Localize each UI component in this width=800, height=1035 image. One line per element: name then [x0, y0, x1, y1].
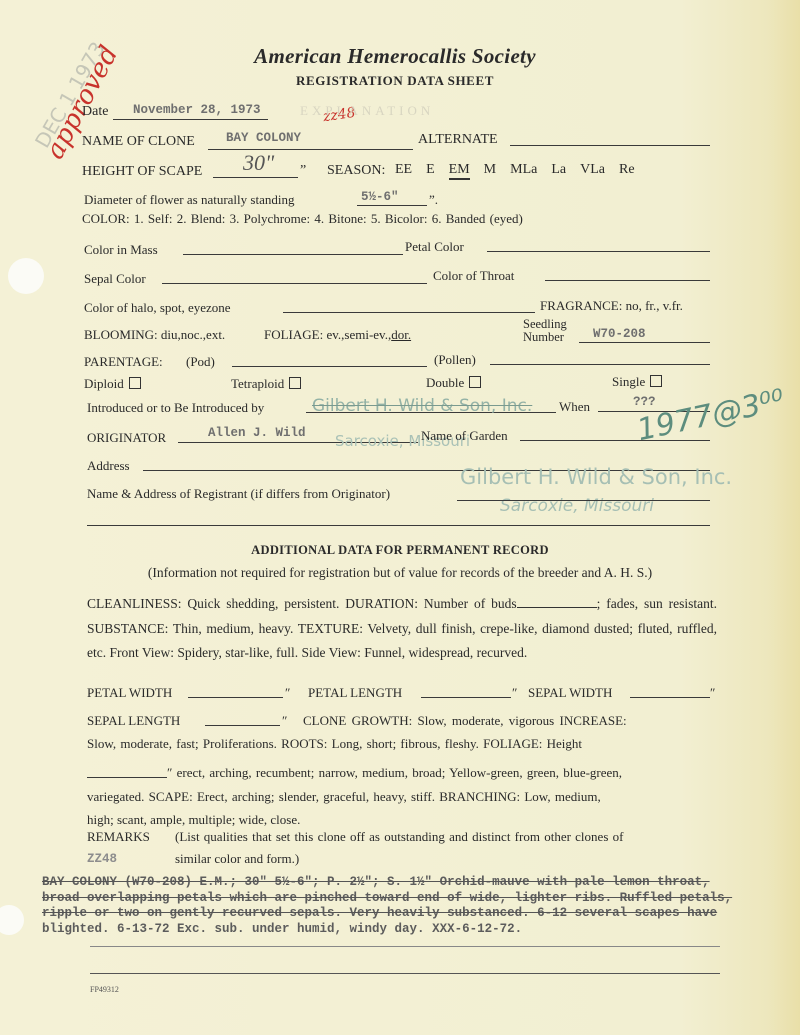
petal-color-field[interactable]	[487, 251, 710, 252]
originator-value[interactable]: Allen J. Wild	[208, 426, 306, 440]
tetraploid-checkbox[interactable]	[289, 377, 301, 389]
garden-name-label: Name of Garden	[421, 428, 508, 444]
when-label: When	[559, 399, 590, 415]
sepal-width-field[interactable]	[630, 697, 710, 698]
year-price-annotation: 1977@3⁰⁰	[634, 383, 788, 448]
color-in-mass-field[interactable]	[183, 254, 403, 255]
petal-length-label: PETAL LENGTH	[308, 685, 402, 701]
registrant-stamp-name: Gilbert H. Wild & Son, Inc.	[460, 465, 732, 489]
diameter-label: Diameter of flower as naturally standing	[84, 192, 294, 208]
sheet-subtitle: REGISTRATION DATA SHEET	[0, 73, 790, 89]
season-option-ee[interactable]: EE	[395, 162, 412, 180]
foliage-height-field[interactable]	[87, 777, 167, 778]
cleanliness-text: CLEANLINESS: Quick shedding, persistent.…	[87, 596, 517, 611]
throat-color-field[interactable]	[545, 280, 710, 281]
season-option-re[interactable]: Re	[619, 162, 635, 180]
color-options: COLOR: 1. Self: 2. Blend: 3. Polychrome:…	[82, 211, 523, 227]
single-checkbox[interactable]	[650, 375, 662, 387]
fragrance-options: FRAGRANCE: no, fr., v.fr.	[540, 298, 683, 314]
tetraploid-label: Tetraploid	[231, 376, 284, 391]
clone-name-label: NAME OF CLONE	[82, 134, 195, 150]
garden-name-field[interactable]	[520, 440, 710, 441]
remarks-code: ZZ48	[87, 852, 117, 866]
society-title: American Hemerocallis Society	[0, 44, 790, 69]
inch-mark: ″	[285, 685, 290, 701]
petal-width-field[interactable]	[188, 697, 283, 698]
pollen-label: (Pollen)	[434, 352, 476, 368]
seedling-number-value[interactable]: W70-208	[593, 327, 646, 341]
single-option[interactable]: Single	[612, 374, 662, 390]
remarks-line: broad overlapping petals which are pinch…	[42, 891, 732, 907]
increase-roots-text: Slow, moderate, fast; Proliferations. RO…	[87, 736, 582, 752]
branching-text: high; scant, ample, multiple; wide, clos…	[87, 812, 300, 828]
season-option-vla[interactable]: VLa	[580, 162, 605, 180]
diameter-unit: ”.	[429, 192, 438, 208]
double-option[interactable]: Double	[426, 375, 481, 391]
remarks-line: ripple or two on gently recurved sepals.…	[42, 906, 732, 922]
height-value[interactable]: 30"	[243, 150, 274, 176]
foliage-selected: dor.	[391, 327, 411, 342]
remarks-label: REMARKS	[87, 829, 150, 845]
alternate-label: ALTERNATE	[418, 132, 498, 148]
diploid-label: Diploid	[84, 376, 124, 391]
punch-hole	[8, 258, 44, 294]
registrant-field[interactable]	[457, 500, 710, 501]
cleanliness-text-2: ; fades, sun	[597, 596, 663, 611]
remarks-note-1: (List qualities that set this clone off …	[175, 829, 623, 845]
petal-color-label: Petal Color	[405, 239, 464, 255]
seedling-label-1: Seedling	[523, 317, 567, 331]
pod-field[interactable]	[232, 366, 427, 367]
registration-sheet: DEC 1 1973 approved zz48 American Hemero…	[0, 0, 800, 1035]
diameter-value[interactable]: 5½-6"	[361, 190, 399, 204]
diploid-checkbox[interactable]	[129, 377, 141, 389]
inch-mark: ″	[512, 685, 517, 701]
foliage-options: FOLIAGE: ev.,semi-ev.,dor.	[264, 327, 411, 343]
remarks-text[interactable]: BAY COLONY (W70-208) E.M.; 30" 5½-6"; P.…	[42, 875, 732, 937]
blooming-options: BLOOMING: diu,noc.,ext.	[84, 327, 225, 343]
punch-hole	[0, 905, 24, 935]
when-value[interactable]: ???	[633, 395, 656, 409]
inch-mark: ″	[710, 685, 715, 701]
registrant-label: Name & Address of Registrant (if differs…	[87, 486, 390, 502]
originator-label: ORIGINATOR	[87, 430, 166, 446]
address-label: Address	[87, 458, 130, 474]
introduced-label: Introduced or to Be Introduced by	[87, 400, 264, 416]
season-options: EEEEMMMLaLaVLaRe	[395, 162, 635, 180]
foliage-prefix: FOLIAGE: ev.,semi-ev.,	[264, 327, 391, 342]
halo-field[interactable]	[283, 312, 535, 313]
tetraploid-option[interactable]: Tetraploid	[231, 376, 301, 392]
parentage-label: PARENTAGE:	[84, 354, 163, 370]
clone-growth-text: CLONE GROWTH: Slow, moderate, vigorous I…	[303, 713, 627, 729]
introducer-stamp[interactable]: Gilbert H. Wild & Son, Inc.	[312, 396, 532, 416]
seedling-label-2: Number	[523, 330, 564, 344]
sepal-width-label: SEPAL WIDTH	[528, 685, 612, 701]
diploid-option[interactable]: Diploid	[84, 376, 141, 392]
double-label: Double	[426, 375, 464, 390]
petal-length-field[interactable]	[421, 697, 511, 698]
seedling-label: SeedlingNumber	[523, 318, 567, 344]
throat-color-label: Color of Throat	[433, 268, 514, 284]
form-number: FP49312	[90, 985, 119, 994]
remarks-note-2: similar color and form.)	[175, 851, 299, 867]
cleanliness-paragraph: CLEANLINESS: Quick shedding, persistent.…	[87, 592, 717, 666]
buds-field[interactable]	[517, 595, 597, 608]
foliage-text: ″ erect, arching, recumbent; narrow, med…	[167, 765, 622, 781]
ghost-explanation: EXPLANATION	[300, 103, 600, 119]
pod-label: (Pod)	[186, 354, 215, 370]
season-option-mla[interactable]: MLa	[510, 162, 537, 180]
registrant-stamp-location: Sarcoxie, Missouri	[500, 496, 654, 516]
season-option-em[interactable]: EM	[449, 162, 470, 180]
scape-branching-text: variegated. SCAPE: Erect, arching; slend…	[87, 789, 601, 805]
date-label: Date	[82, 104, 108, 120]
inch-mark: ″	[282, 713, 287, 729]
remarks-line: blighted. 6-13-72 Exc. sub. under humid,…	[42, 922, 732, 938]
sepal-length-label: SEPAL LENGTH	[87, 713, 180, 729]
height-label: HEIGHT OF SCAPE	[82, 164, 202, 180]
double-checkbox[interactable]	[469, 376, 481, 388]
season-option-la[interactable]: La	[551, 162, 566, 180]
sepal-color-label: Sepal Color	[84, 271, 146, 287]
additional-heading: ADDITIONAL DATA FOR PERMANENT RECORD	[0, 543, 800, 558]
sepal-color-field[interactable]	[162, 283, 427, 284]
sepal-length-field[interactable]	[205, 725, 280, 726]
clone-name-value[interactable]: BAY COLONY	[226, 131, 301, 145]
height-unit: ”	[300, 163, 306, 179]
season-option-e[interactable]: E	[426, 162, 435, 180]
pollen-field[interactable]	[490, 364, 710, 365]
additional-note: (Information not required for registrati…	[0, 565, 800, 581]
petal-width-label: PETAL WIDTH	[87, 685, 172, 701]
date-value[interactable]: November 28, 1973	[133, 103, 261, 117]
color-in-mass-label: Color in Mass	[84, 242, 158, 258]
season-option-m[interactable]: M	[484, 162, 496, 180]
halo-label: Color of halo, spot, eyezone	[84, 300, 231, 316]
season-label: SEASON:	[327, 163, 385, 179]
single-label: Single	[612, 374, 645, 389]
remarks-line: BAY COLONY (W70-208) E.M.; 30" 5½-6"; P.…	[42, 875, 732, 891]
registrant-field-2[interactable]	[87, 525, 710, 526]
